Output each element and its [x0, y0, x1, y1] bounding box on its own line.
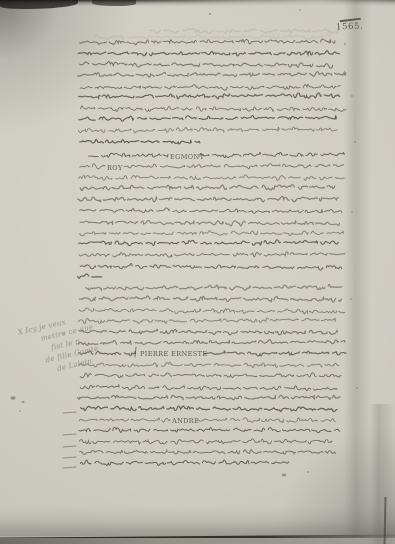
paper-speck: [350, 298, 352, 299]
page-number: 1565.: [336, 22, 364, 33]
paper-speck: [209, 13, 212, 15]
paper-speck: [354, 141, 356, 142]
manuscript-page: EGMONTROYPIERRE ERNESTEANDRE 1565. X Icy…: [0, 0, 395, 544]
paper-speck: [307, 471, 309, 472]
legible-word: EGMONT: [170, 153, 205, 161]
paper-speck: [356, 387, 358, 388]
paper-speck: [299, 9, 301, 10]
handwriting-text-block: EGMONTROYPIERRE ERNESTEANDRE: [0, 0, 395, 544]
page-edge-right-shadow: [365, 404, 395, 544]
scan-edge-bottom-band: [0, 538, 395, 544]
legible-word: PIERRE ERNESTE: [140, 350, 208, 358]
page-curl-shadow: [0, 520, 395, 536]
legible-word: ROY: [107, 164, 123, 172]
paper-speck: [351, 211, 353, 212]
paper-speck: [10, 396, 15, 399]
paper-speck: [19, 410, 21, 411]
paper-speck: [282, 474, 286, 477]
page-number-text: 1565.: [336, 22, 364, 33]
legible-word: ANDRE: [171, 417, 199, 425]
paper-speck: [344, 43, 346, 45]
paper-speck: [351, 95, 353, 96]
scan-edge-top-blotch: [92, 0, 136, 6]
paper-speck: [22, 401, 25, 403]
